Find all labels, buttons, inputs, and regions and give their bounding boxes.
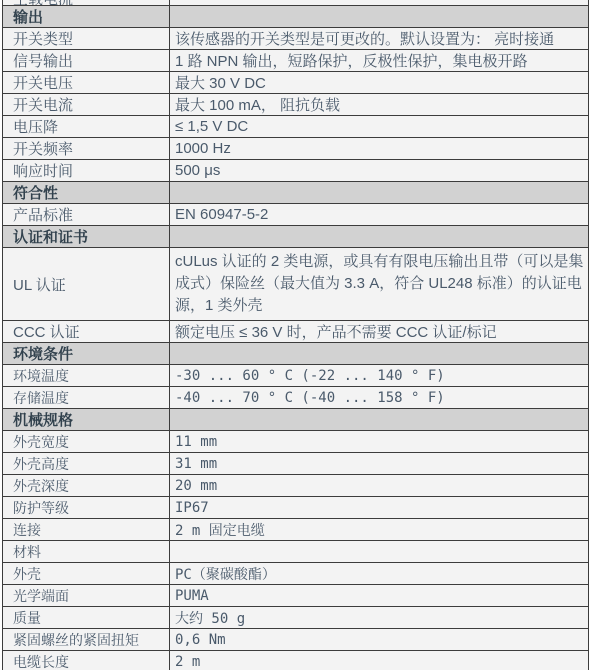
section-title: 认证和证书 [3,226,170,248]
spec-value-cell: ≤ 1,5 V DC [170,116,589,138]
spec-row-switching-current: 开关电流 最大 100 mA， 阻抗负载 [3,94,589,116]
spec-label-cell: 环境温度 [3,365,170,387]
spec-label-cell: 产品标准 [3,204,170,226]
spec-value-cell: 1000 Hz [170,138,589,160]
spec-row-mass: 质量 大约 50 g [3,607,589,629]
spec-value-cell: 31 mm [170,453,589,475]
spec-row-housing-material: 外壳 PC（聚碳酸酯） [3,563,589,585]
spec-value-cell: 最大 100 mA， 阻抗负载 [170,94,589,116]
spec-value-cell: 20 mm [170,475,589,497]
spec-value-cell [170,541,589,563]
section-title: 输出 [3,6,170,28]
spec-label-cell: CCC 认证 [3,321,170,343]
spec-label-cell: 电压降 [3,116,170,138]
spec-value-cell: 11 mm [170,431,589,453]
spec-value-cell: IP67 [170,497,589,519]
spec-value-cell: 2 m [170,651,589,670]
spec-row-ul-approval: UL 认证 cULus 认证的 2 类电源，或具有有限电压输出且带（可以是集成式… [3,248,589,321]
section-spacer [170,343,589,365]
spec-row-signal-output: 信号输出 1 路 NPN 输出，短路保护，反极性保护，集电极开路 [3,50,589,72]
spec-value-cell: 该传感器的开关类型是可更改的。默认设置为： 亮时接通 [170,28,589,50]
spec-value-cell: 500 μs [170,160,589,182]
spec-row-housing-height: 外壳高度 31 mm [3,453,589,475]
spec-value-cell: 额定电压 ≤ 36 V 时，产品不需要 CCC 认证/标记 [170,321,589,343]
spec-row-material: 材料 [3,541,589,563]
spec-label-cell: UL 认证 [3,248,170,321]
section-title: 环境条件 [3,343,170,365]
spec-label-cell: 外壳 [3,563,170,585]
spec-label-cell: 开关频率 [3,138,170,160]
spec-value-cell: EN 60947-5-2 [170,204,589,226]
spec-value-cell: cULus 认证的 2 类电源，或具有有限电压输出且带（可以是集成式）保险丝（最… [170,248,589,321]
section-row-conformity: 符合性 [3,182,589,204]
section-title: 符合性 [3,182,170,204]
spec-value-cell: 最大 30 V DC [170,72,589,94]
spec-row-product-standard: 产品标准 EN 60947-5-2 [3,204,589,226]
clipped-text: 空载电流 [13,0,165,5]
spec-label-cell: 材料 [3,541,170,563]
spec-value-cell: 0,6 Nm [170,629,589,651]
spec-row-response-time: 响应时间 500 μs [3,160,589,182]
spec-label-cell: 信号输出 [3,50,170,72]
spec-row-tightening-torque: 紧固螺丝的紧固扭矩 0,6 Nm [3,629,589,651]
section-title: 机械规格 [3,409,170,431]
spec-value-cell: -40 ... 70 ° C (-40 ... 158 ° F) [170,387,589,409]
spec-label-cell: 外壳深度 [3,475,170,497]
spec-label-cell: 开关类型 [3,28,170,50]
section-row-approvals: 认证和证书 [3,226,589,248]
spec-label-cell: 响应时间 [3,160,170,182]
spec-value-cell: PUMA [170,585,589,607]
spec-label-cell: 质量 [3,607,170,629]
section-row-ambient: 环境条件 [3,343,589,365]
spec-label-cell: 开关电流 [3,94,170,116]
spec-value-cell: 1 路 NPN 输出，短路保护，反极性保护，集电极开路 [170,50,589,72]
spec-label-cell: 光学端面 [3,585,170,607]
spec-row-protection-rating: 防护等级 IP67 [3,497,589,519]
spec-label-cell: 防护等级 [3,497,170,519]
spec-label-cell: 外壳宽度 [3,431,170,453]
spec-row-voltage-drop: 电压降 ≤ 1,5 V DC [3,116,589,138]
spec-value-cell: -30 ... 60 ° C (-22 ... 140 ° F) [170,365,589,387]
section-row-output: 输出 [3,6,589,28]
spec-row-ambient-temperature: 环境温度 -30 ... 60 ° C (-22 ... 140 ° F) [3,365,589,387]
spec-label-cell: 电缆长度 [3,651,170,670]
spec-label-cell: 外壳高度 [3,453,170,475]
spec-value-cell: 大约 50 g [170,607,589,629]
spec-row-switching-voltage: 开关电压 最大 30 V DC [3,72,589,94]
spec-row-connection: 连接 2 m 固定电缆 [3,519,589,541]
spec-row-switching-type: 开关类型 该传感器的开关类型是可更改的。默认设置为： 亮时接通 [3,28,589,50]
spec-value-cell: 2 m 固定电缆 [170,519,589,541]
spec-row-storage-temperature: 存储温度 -40 ... 70 ° C (-40 ... 158 ° F) [3,387,589,409]
spec-row-optical-face: 光学端面 PUMA [3,585,589,607]
spec-table: 空载电流 输出 开关类型 该传感器的开关类型是可更改的。默认设置为： 亮时接通 … [2,0,589,670]
spec-label-cell: 开关电压 [3,72,170,94]
spec-row-housing-width: 外壳宽度 11 mm [3,431,589,453]
section-row-mechanical: 机械规格 [3,409,589,431]
section-spacer [170,6,589,28]
clipped-text [175,0,584,5]
spec-label-cell: 存储温度 [3,387,170,409]
spec-value-cell: PC（聚碳酸酯） [170,563,589,585]
spec-row-ccc-approval: CCC 认证 额定电压 ≤ 36 V 时，产品不需要 CCC 认证/标记 [3,321,589,343]
spec-label-cell: 连接 [3,519,170,541]
section-spacer [170,409,589,431]
section-spacer [170,182,589,204]
spec-row-switching-frequency: 开关频率 1000 Hz [3,138,589,160]
spec-row-cable-length: 电缆长度 2 m [3,651,589,670]
spec-label-cell: 紧固螺丝的紧固扭矩 [3,629,170,651]
section-spacer [170,226,589,248]
spec-row-housing-depth: 外壳深度 20 mm [3,475,589,497]
